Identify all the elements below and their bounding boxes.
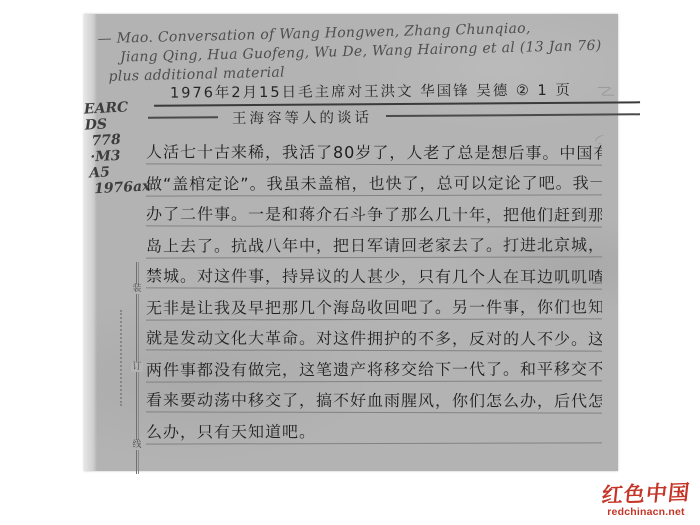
archive-code: 1976ax (88, 178, 151, 197)
binding-char: 订 (131, 362, 143, 372)
margin-micro-print (120, 310, 129, 406)
watermark-logo: 红色中国 (597, 480, 696, 507)
manuscript-line: 人活七十古来稀，我活了80岁了，人老了总是想后事。中国有句成话，叫 (146, 133, 602, 165)
site-watermark: 红色中国 redchinacn.net (598, 482, 694, 519)
binding-line: 装 订 线 (128, 262, 142, 474)
manuscript-line: 无非是让我及早把那几个海岛收回吧了。另一件事，你们也知道， (146, 288, 602, 320)
scanned-manuscript-page: — Mao. Conversation of Wang Hongwen, Zha… (84, 14, 618, 471)
manuscript-line: 就是发动文化大革命。对这件拥护的不多，反对的人不少。这 (146, 319, 602, 351)
archive-codes: EARC DS 778 ·M3 A5 1976ax (84, 98, 151, 197)
binding-char: 装 (131, 284, 143, 294)
manuscript-line: 看来要动荡中移交了，搞不好血雨腥风，你们怎么办，后代怎 (146, 381, 602, 413)
manuscript-line: 么办，只有天知道吧。 (146, 412, 602, 444)
document-title-line-2: 王海容等人的谈话 (218, 106, 386, 128)
binding-char: 线 (131, 440, 143, 450)
manuscript-line: 两件事都没有做完，这笔遗产将移交给下一代了。和平移交不行， (146, 350, 602, 382)
title-rule-left (148, 116, 218, 118)
watermark-url: redchinacn.net (598, 506, 694, 519)
document-title-line-1: 1976年2月15日毛主席对王洪文 华国锋 吴德 ② 1 页 (154, 78, 640, 106)
pencil-annotation: — Mao. Conversation of Wang Hongwen, Zha… (97, 18, 598, 87)
manuscript-line: 禁城。对这件事，持异议的人甚少，只有几个人在耳边叽叽喳喳， (146, 257, 602, 289)
page-left-edge (84, 14, 97, 471)
title-rule-right (386, 113, 640, 117)
document-title-row-2: 王海容等人的谈话 (148, 104, 640, 127)
manuscript-line: 岛上去了。抗战八年中，把日军请回老家去了。打进北京城，搬进了紫 (146, 226, 602, 258)
manuscript-body: 人活七十古来稀，我活了80岁了，人老了总是想后事。中国有句成话，叫 做“盖棺定论… (146, 134, 602, 444)
manuscript-line: 办了二件事。一是和蒋介石斗争了那么几十年，把他们赶到那么一个小 (146, 195, 602, 227)
manuscript-line: 做“盖棺定论”。我虽未盖棺，也快了，总可以定论了吧。我一生 (146, 164, 602, 196)
